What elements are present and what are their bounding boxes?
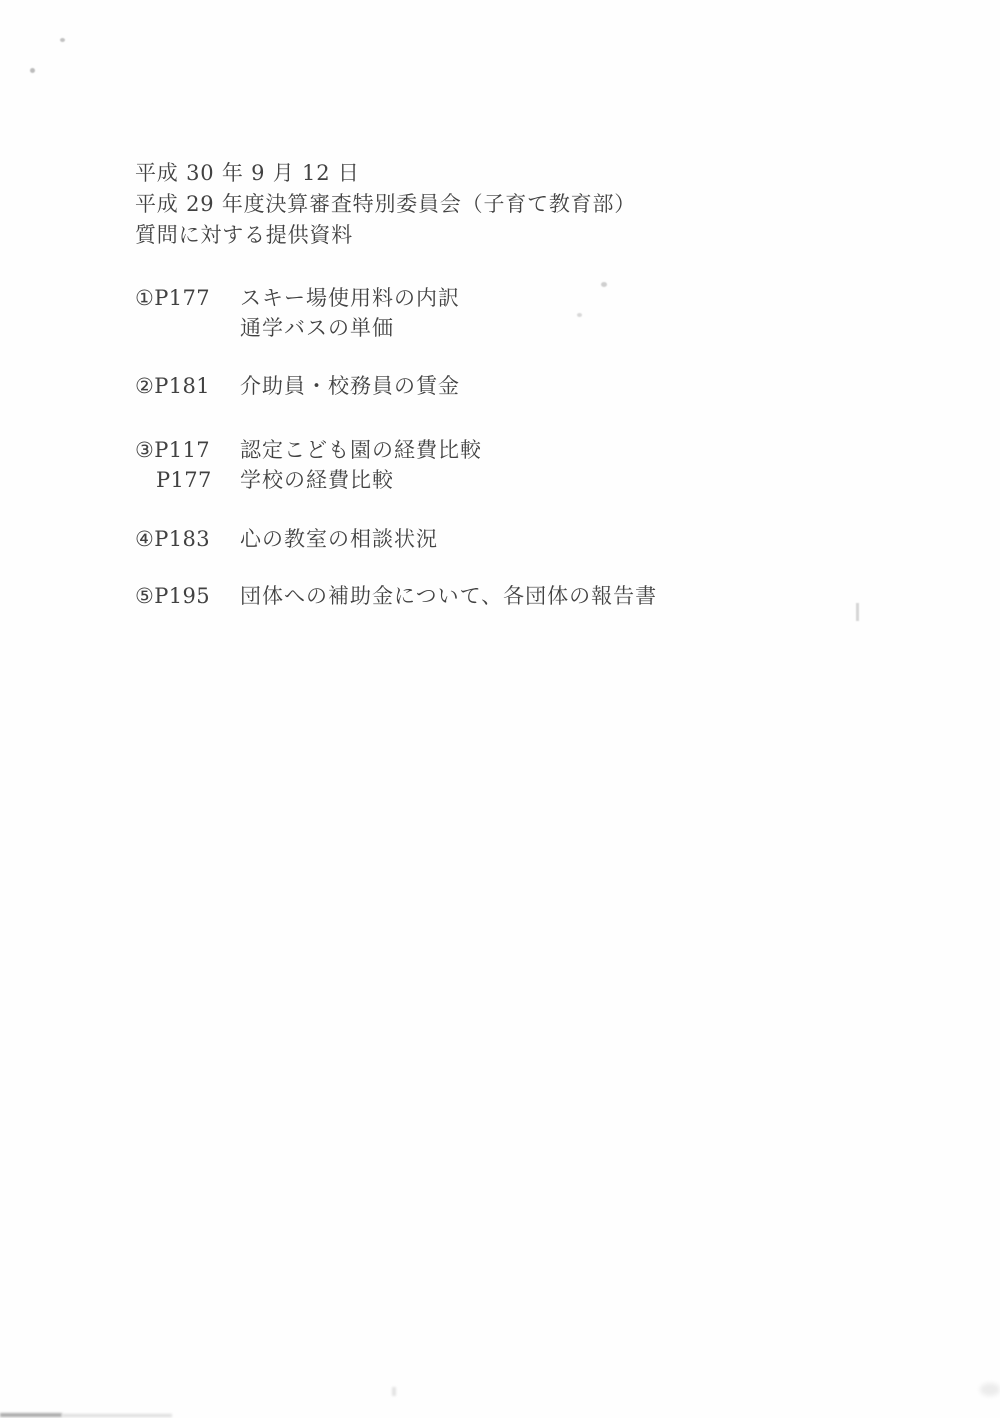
list-item-5: ⑤P195 団体への補助金について、各団体の報告書: [135, 581, 895, 611]
scanned-document-page: 平成 30 年 9 月 12 日 平成 29 年度決算審査特別委員会（子育て教育…: [0, 0, 1000, 1418]
item-4-page-ref: P183: [154, 527, 210, 551]
list-item-2: ②P181 介助員・校務員の賃金: [135, 371, 895, 401]
scan-speck-top-left-1: [60, 38, 65, 42]
item-2-text-line-1: 介助員・校務員の賃金: [240, 371, 460, 401]
list-item-3: ③P117 認定こども園の経費比較 P177 学校の経費比較: [135, 435, 895, 495]
item-3-label: ③P117: [135, 435, 240, 465]
list-item-4: ④P183 心の教室の相談状況: [135, 524, 895, 554]
item-1-label: ①P177: [135, 283, 240, 313]
scan-edge-bottom-left: [0, 1413, 62, 1417]
item-4-label: ④P183: [135, 524, 240, 554]
item-2-page-ref: P181: [154, 374, 210, 398]
item-1-text-line-2: 通学バスの単価: [240, 313, 394, 343]
document-date: 平成 30 年 9 月 12 日: [135, 158, 875, 189]
committee-title: 平成 29 年度決算審査特別委員会（子育て教育部）: [135, 189, 875, 220]
circled-number-4: ④: [135, 527, 154, 551]
item-5-text-line-1: 団体への補助金について、各団体の報告書: [240, 581, 657, 611]
item-3-text-line-1: 認定こども園の経費比較: [240, 435, 482, 465]
list-item-2-row-1: ②P181 介助員・校務員の賃金: [135, 371, 895, 401]
list-item-5-row-1: ⑤P195 団体への補助金について、各団体の報告書: [135, 581, 895, 611]
item-2-label: ②P181: [135, 371, 240, 401]
item-3-sub-text: 学校の経費比較: [240, 465, 394, 495]
list-item-3-row-1: ③P117 認定こども園の経費比較: [135, 435, 895, 465]
item-1-page-ref: P177: [154, 286, 210, 310]
list-item-1: ①P177 スキー場使用料の内訳 通学バスの単価: [135, 283, 895, 343]
item-4-text-line-1: 心の教室の相談状況: [240, 524, 438, 554]
item-1-text-line-1: スキー場使用料の内訳: [240, 283, 460, 313]
list-item-1-row-1: ①P177 スキー場使用料の内訳: [135, 283, 895, 313]
scan-smudge-bottom-right: [980, 1383, 1000, 1396]
document-header: 平成 30 年 9 月 12 日 平成 29 年度決算審査特別委員会（子育て教育…: [135, 158, 875, 251]
item-5-label: ⑤P195: [135, 581, 240, 611]
list-item-4-row-1: ④P183 心の教室の相談状況: [135, 524, 895, 554]
scan-speck-bottom-center: [392, 1387, 396, 1396]
item-5-page-ref: P195: [154, 584, 210, 608]
circled-number-3: ③: [135, 438, 154, 462]
item-3-page-ref: P117: [154, 438, 210, 462]
list-item-3-row-2: P177 学校の経費比較: [135, 465, 895, 495]
circled-number-2: ②: [135, 374, 154, 398]
scan-edge-bottom-left-fade: [62, 1414, 172, 1417]
list-item-1-row-2: 通学バスの単価: [135, 313, 895, 343]
circled-number-1: ①: [135, 286, 154, 310]
scan-speck-top-left-2: [30, 68, 35, 73]
circled-number-5: ⑤: [135, 584, 154, 608]
item-3-sub-page-ref: P177: [135, 465, 240, 495]
document-subject: 質問に対する提供資料: [135, 220, 875, 251]
